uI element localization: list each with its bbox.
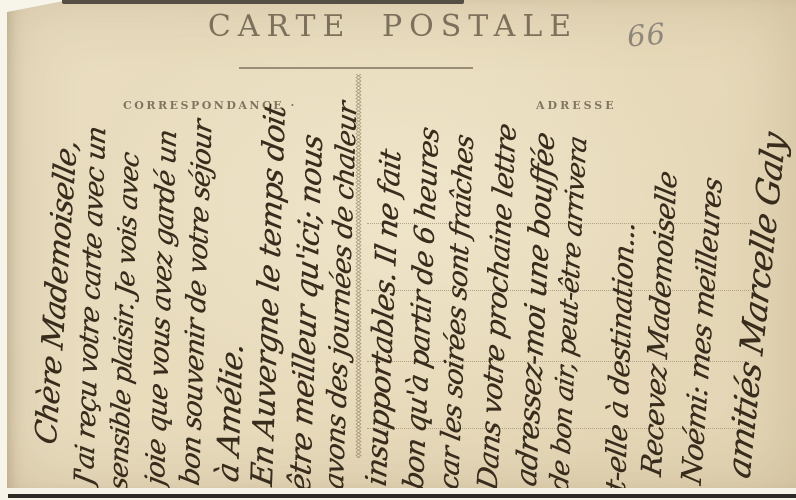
handwritten-line: amitiés Marcelle Galy: [719, 19, 796, 482]
postcard-back: CARTE POSTALE CORRESPONDANCE · ADRESSE C…: [7, 0, 796, 489]
top-edge-shadow: [62, 0, 464, 4]
scan-margin-left: [0, 0, 7, 500]
postcard-scan: CARTE POSTALE CORRESPONDANCE · ADRESSE C…: [0, 0, 796, 500]
scan-corner-wedge: [7, 0, 69, 12]
pencil-number: 66: [626, 16, 668, 53]
carte-postale-title: CARTE POSTALE: [193, 9, 593, 44]
bottom-edge-shadow: [8, 494, 796, 498]
